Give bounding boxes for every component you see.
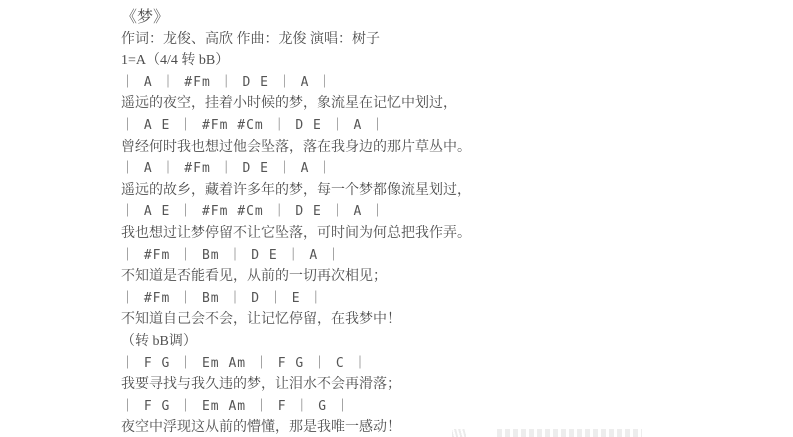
chord-line: ｜ A E ｜ #Fm #Cm ｜ D E ｜ A ｜ (121, 115, 471, 137)
chord-line: ｜ A ｜ #Fm ｜ D E ｜ A ｜ (121, 72, 471, 94)
watermark-artifact (452, 429, 466, 437)
chord-line: ｜ F G ｜ Em Am ｜ F G ｜ C ｜ (121, 353, 471, 375)
lyric-line: 我要寻找与我久违的梦，让泪水不会再滑落； (121, 374, 471, 396)
lyric-line: 遥远的故乡，藏着许多年的梦，每一个梦都像流星划过， (121, 180, 471, 202)
chord-line: ｜ A ｜ #Fm ｜ D E ｜ A ｜ (121, 158, 471, 180)
song-title: 《梦》 (121, 7, 471, 29)
key-signature-line: 1=A（4/4 转 bB） (121, 50, 471, 72)
modulation-note: （转 bB调） (121, 331, 471, 353)
chord-sheet: 《梦》作词：龙俊、高欣 作曲：龙俊 演唱：树子1=A（4/4 转 bB）｜ A … (121, 7, 471, 437)
chord-line: ｜ #Fm ｜ Bm ｜ D ｜ E ｜ (121, 288, 471, 310)
lyric-line: 夜空中浮现这从前的懵懂，那是我唯一感动！ (121, 417, 471, 437)
song-credits: 作词：龙俊、高欣 作曲：龙俊 演唱：树子 (121, 29, 471, 51)
lyric-line: 遥远的夜空，挂着小时候的梦，象流星在记忆中划过， (121, 93, 471, 115)
lyric-line: 不知道自己会不会，让记忆停留，在我梦中！ (121, 309, 471, 331)
lyric-line: 曾经何时我也想过他会坠落，落在我身边的那片草丛中。 (121, 137, 471, 159)
watermark-artifact (497, 429, 642, 437)
chord-line: ｜ A E ｜ #Fm #Cm ｜ D E ｜ A ｜ (121, 201, 471, 223)
lyric-line: 不知道是否能看见，从前的一切再次相见； (121, 266, 471, 288)
chord-line: ｜ F G ｜ Em Am ｜ F ｜ G ｜ (121, 396, 471, 418)
lyric-line: 我也想过让梦停留不让它坠落，可时间为何总把我作弄。 (121, 223, 471, 245)
chord-line: ｜ #Fm ｜ Bm ｜ D E ｜ A ｜ (121, 245, 471, 267)
